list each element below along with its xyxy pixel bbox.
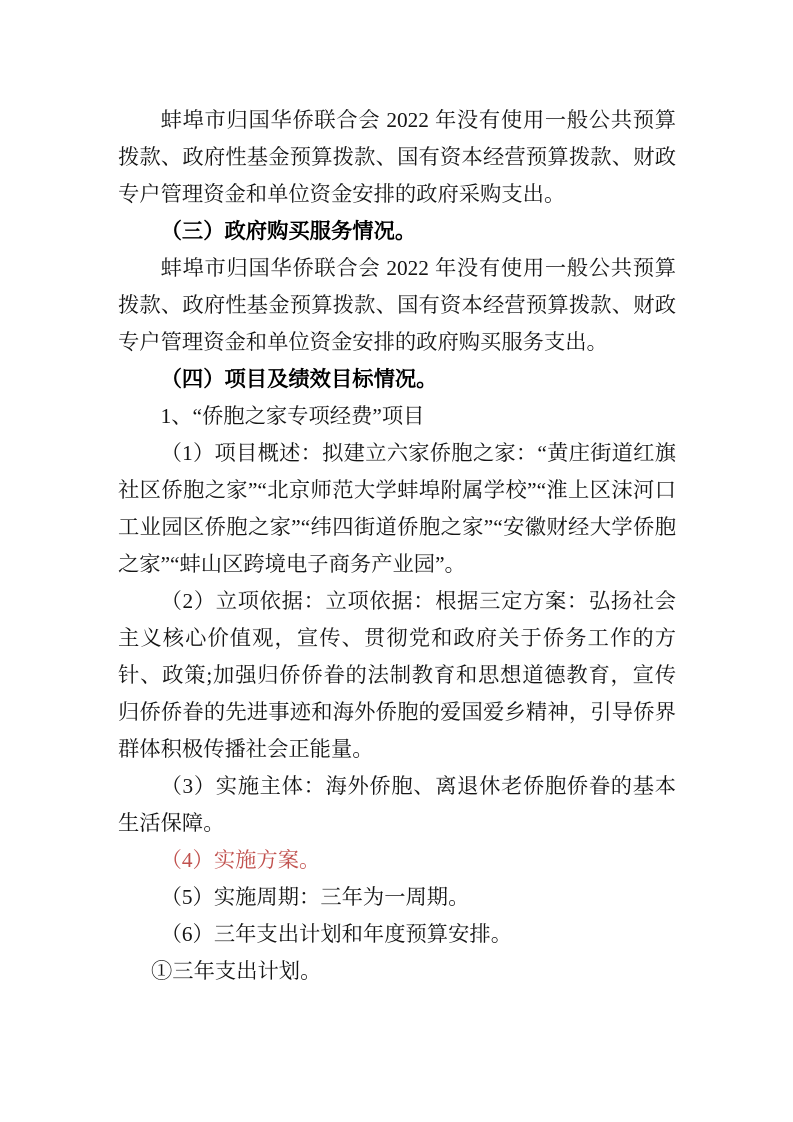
- heading-gov-purchase-services: （三）政府购买服务情况。: [118, 213, 676, 250]
- para-implementation-plan: （4）实施方案。: [118, 842, 676, 879]
- heading-project-performance: （四）项目及绩效目标情况。: [118, 361, 676, 398]
- para-project-overview: （1）项目概述：拟建立六家侨胞之家：“黄庄街道红旗社区侨胞之家”“北京师范大学蚌…: [118, 435, 676, 583]
- para-implementation-cycle: （5）实施周期：三年为一周期。: [118, 879, 676, 916]
- para-no-gov-procurement: 蚌埠市归国华侨联合会 2022 年没有使用一般公共预算拨款、政府性基金预算拨款、…: [118, 102, 676, 213]
- para-project-title: 1、“侨胞之家专项经费”项目: [118, 398, 676, 435]
- para-no-gov-purchase-services: 蚌埠市归国华侨联合会 2022 年没有使用一般公共预算拨款、政府性基金预算拨款、…: [118, 250, 676, 361]
- document-page: 蚌埠市归国华侨联合会 2022 年没有使用一般公共预算拨款、政府性基金预算拨款、…: [0, 0, 793, 1122]
- para-implementation-subject: （3）实施主体：海外侨胞、离退休老侨胞侨眷的基本生活保障。: [118, 768, 676, 842]
- para-project-basis: （2）立项依据：立项依据：根据三定方案：弘扬社会主义核心价值观，宣传、贯彻党和政…: [118, 583, 676, 768]
- para-three-year-plan-heading: （6）三年支出计划和年度预算安排。: [118, 916, 676, 953]
- para-three-year-expenditure: ①三年支出计划。: [118, 953, 676, 990]
